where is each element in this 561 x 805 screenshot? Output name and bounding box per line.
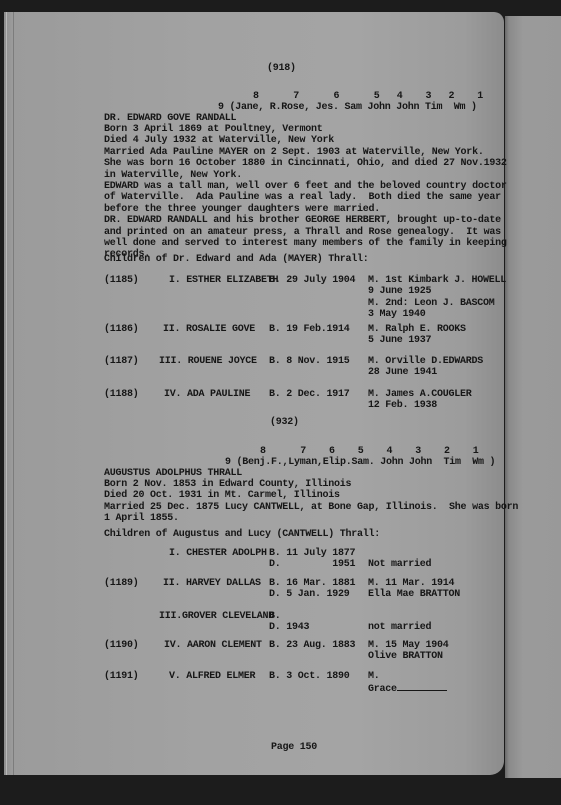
biography-line: Born 2 Nov. 1853 in Edward County, Illin…	[104, 479, 351, 490]
child-dates: D. 5 Jan. 1929	[269, 589, 350, 600]
child-marriage: 9 June 1925	[368, 286, 431, 297]
lineage-numbers-2: 8 7 6 5 4 3 2 1	[260, 446, 479, 457]
child-marriage: M.	[368, 671, 380, 682]
child-marriage: Olive BRATTON	[368, 651, 443, 662]
child-reference-number: (1186)	[104, 324, 139, 335]
child-marriage: 3 May 1940	[368, 309, 426, 320]
child-name: IV. ADA PAULINE	[164, 389, 250, 400]
child-marriage: M. Orville D.EDWARDS	[368, 356, 483, 367]
child-dates: B.	[269, 611, 281, 622]
child-reference-number: (1185)	[104, 275, 139, 286]
person-name-1: DR. EDWARD GOVE RANDALL	[104, 113, 236, 124]
biography-line: Born 3 April 1869 at Poultney, Vermont	[104, 124, 323, 135]
lineage-names-1: 9 (Jane, R.Rose, Jes. Sam John John Tim …	[218, 102, 477, 113]
page-reference-top: (918)	[267, 63, 296, 74]
page-reference-mid: (932)	[270, 417, 299, 428]
child-name: II. ROSALIE GOVE	[163, 324, 255, 335]
child-marriage: Not married	[368, 559, 431, 570]
child-marriage: M. 15 May 1904	[368, 640, 449, 651]
page-number: Page 150	[271, 742, 317, 753]
child-marriage: M. 1st Kimbark J. HOWELL	[368, 275, 506, 286]
child-reference-number: (1188)	[104, 389, 139, 400]
biography-line: EDWARD was a tall man, well over 6 feet …	[104, 181, 507, 192]
child-name: V. ALFRED ELMER	[169, 671, 255, 682]
biography-line: 1 April 1855.	[104, 513, 179, 524]
child-dates: B. 19 Feb.1914	[269, 324, 350, 335]
blank-line	[397, 682, 447, 691]
child-marriage: 12 Feb. 1938	[368, 400, 437, 411]
biography-line: Married 25 Dec. 1875 Lucy CANTWELL, at B…	[104, 502, 518, 513]
biography-line: well done and served to interest many me…	[104, 238, 507, 249]
child-marriage: M. Ralph E. ROOKS	[368, 324, 466, 335]
child-reference-number: (1187)	[104, 356, 139, 367]
child-marriage: 5 June 1937	[368, 335, 431, 346]
child-dates: B. 3 Oct. 1890	[269, 671, 350, 682]
child-reference-number: (1191)	[104, 671, 139, 682]
child-marriage: M. James A.COUGLER	[368, 389, 472, 400]
child-dates: B. 16 Mar. 1881	[269, 578, 355, 589]
child-dates: B. 29 July 1904	[269, 275, 355, 286]
child-name: I. CHESTER ADOLPH	[169, 548, 267, 559]
child-dates: B. 11 July 1877	[269, 548, 355, 559]
child-name: IV. AARON CLEMENT	[164, 640, 262, 651]
child-marriage: Grace	[368, 682, 447, 695]
child-reference-number: (1189)	[104, 578, 139, 589]
biography-line: DR. EDWARD RANDALL and his brother GEORG…	[104, 215, 501, 226]
biography-line: Died 4 July 1932 at Waterville, New York	[104, 135, 334, 146]
person-name-2: AUGUSTUS ADOLPHUS THRALL	[104, 468, 242, 479]
biography-line: Married Ada Pauline MAYER on 2 Sept. 190…	[104, 147, 484, 158]
child-name: III.GROVER CLEVELAND	[159, 611, 274, 622]
lineage-numbers-1: 8 7 6 5 4 3 2 1	[253, 91, 483, 102]
child-dates: D. 1943	[269, 622, 309, 633]
biography-line: She was born 16 October 1880 in Cincinna…	[104, 158, 507, 169]
biography-line: before the three younger daughters were …	[104, 204, 380, 215]
children-heading-2: Children of Augustus and Lucy (CANTWELL)…	[104, 529, 380, 540]
biography-line: of Waterville. Ada Pauline was a real la…	[104, 192, 501, 203]
child-marriage: M. 2nd: Leon J. BASCOM	[368, 298, 495, 309]
child-dates: D. 1951	[269, 559, 355, 570]
child-reference-number: (1190)	[104, 640, 139, 651]
adjacent-page-edge	[505, 16, 561, 778]
child-dates: B. 2 Dec. 1917	[269, 389, 350, 400]
biography-line: Died 20 Oct. 1931 in Mt. Carmel, Illinoi…	[104, 490, 340, 501]
child-dates: B. 8 Nov. 1915	[269, 356, 350, 367]
child-marriage: Ella Mae BRATTON	[368, 589, 460, 600]
child-marriage: 28 June 1941	[368, 367, 437, 378]
child-marriage: M. 11 Mar. 1914	[368, 578, 454, 589]
biography-line: and printed on an amateur press, a Thral…	[104, 227, 501, 238]
child-marriage: not married	[368, 622, 431, 633]
biography-line: in Waterville, New York.	[104, 170, 242, 181]
children-heading-1: Children of Dr. Edward and Ada (MAYER) T…	[104, 254, 369, 265]
child-name: II. HARVEY DALLAS	[163, 578, 261, 589]
child-dates: B. 23 Aug. 1883	[269, 640, 355, 651]
lineage-names-2: 9 (Benj.F.,Lyman,Elip.Sam. John John Tim…	[225, 457, 495, 468]
child-name: I. ESTHER ELIZABETH	[169, 275, 278, 286]
child-name: III. ROUENE JOYCE	[159, 356, 257, 367]
